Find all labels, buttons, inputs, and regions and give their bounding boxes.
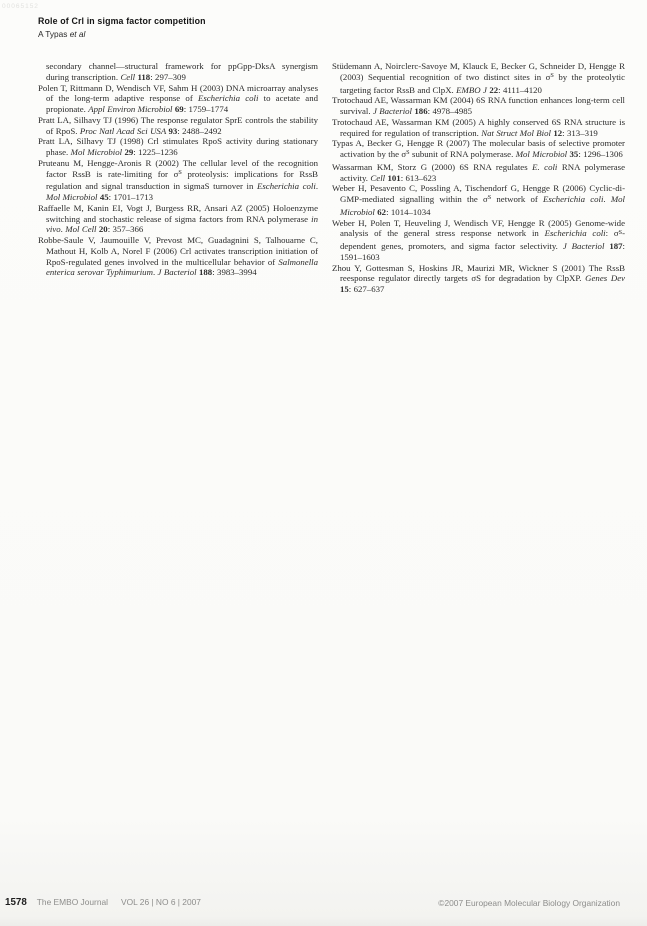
reference-entry: Pratt LA, Silhavy TJ (1996) The response…	[38, 115, 318, 137]
reference-entry: Robbe-Saule V, Jaumouille V, Prevost MC,…	[38, 235, 318, 278]
etal-label: et al	[70, 29, 86, 39]
reference-entry: Pruteanu M, Hengge-Aronis R (2002) The c…	[38, 158, 318, 203]
author-name: A Typas	[38, 29, 70, 39]
reference-entry: Pratt LA, Silhavy TJ (1998) Crl stimulat…	[38, 136, 318, 158]
reference-entry: Trotochaud AE, Wassarman KM (2005) A hig…	[332, 117, 625, 139]
scanned-journal-page: 00065152 Role of Crl in sigma factor com…	[0, 0, 647, 926]
reference-entry: Trotochaud AE, Wassarman KM (2004) 6S RN…	[332, 95, 625, 117]
running-head: Role of Crl in sigma factor competition …	[38, 16, 206, 39]
reference-entry: Weber H, Polen T, Heuveling J, Wendisch …	[332, 218, 625, 263]
scan-stamp: 00065152	[2, 3, 39, 10]
reference-entry: Zhou Y, Gottesman S, Hoskins JR, Maurizi…	[332, 263, 625, 295]
copyright-notice: ©2007 European Molecular Biology Organiz…	[438, 898, 620, 908]
reference-entry: secondary channel—structural framework f…	[38, 61, 318, 83]
references-column-left: secondary channel—structural framework f…	[38, 61, 318, 295]
reference-entry: Wassarman KM, Storz G (2000) 6S RNA regu…	[332, 162, 625, 184]
page-number: 1578	[5, 897, 27, 908]
reference-entry: Typas A, Becker G, Hengge R (2007) The m…	[332, 138, 625, 162]
references-section: secondary channel—structural framework f…	[38, 61, 625, 295]
footer-left: 1578 The EMBO Journal VOL 26 | NO 6 | 20…	[5, 897, 201, 908]
reference-entry: Weber H, Pesavento C, Possling A, Tische…	[332, 183, 625, 217]
article-authors: A Typas et al	[38, 29, 206, 39]
article-title: Role of Crl in sigma factor competition	[38, 16, 206, 26]
reference-entry: Stüdemann A, Noirclerc-Savoye M, Klauck …	[332, 61, 625, 95]
journal-name: The EMBO Journal	[37, 897, 108, 907]
reference-entry: Polen T, Rittmann D, Wendisch VF, Sahm H…	[38, 83, 318, 115]
issue-info: VOL 26 | NO 6 | 2007	[121, 897, 201, 907]
reference-entry: Raffaelle M, Kanin EI, Vogt J, Burgess R…	[38, 203, 318, 235]
references-column-right: Stüdemann A, Noirclerc-Savoye M, Klauck …	[332, 61, 625, 295]
